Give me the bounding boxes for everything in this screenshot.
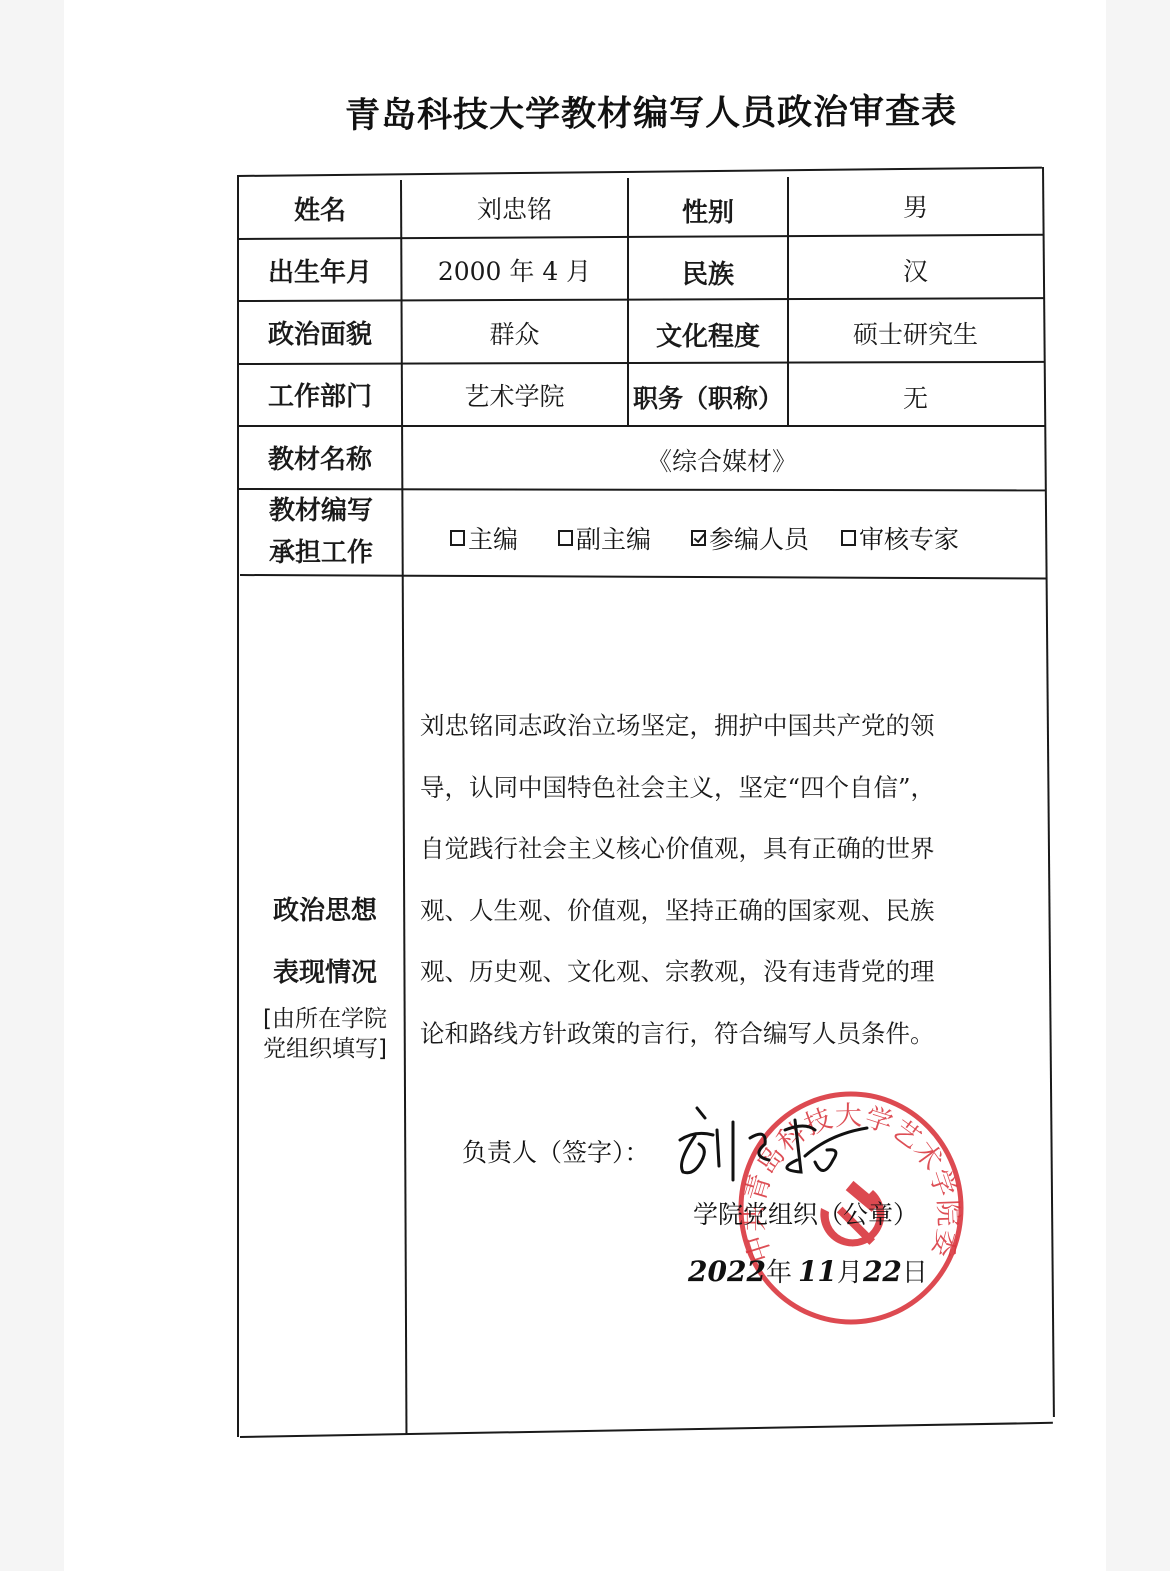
- position-label: 职务（职称）: [629, 366, 787, 427]
- gender-label: 性别: [629, 180, 787, 240]
- table-border-left: [237, 175, 239, 1437]
- handwritten-signature-icon: [655, 1100, 870, 1190]
- role-option-label: 审核专家: [859, 520, 959, 556]
- department-value: 艺术学院: [402, 364, 627, 425]
- date-day: 22: [863, 1255, 902, 1288]
- checkbox-icon[interactable]: [558, 530, 573, 546]
- political-status-value: 群众: [402, 302, 627, 363]
- role-option-label: 主编: [468, 520, 518, 556]
- gender-value: 男: [789, 176, 1042, 236]
- checkbox-icon[interactable]: [450, 530, 465, 546]
- checkbox-checked-icon[interactable]: [691, 530, 706, 546]
- date-year-unit: 年: [766, 1258, 792, 1288]
- political-assessment-text: 刘忠铭同志政治立场坚定，拥护中国共产党的领 导，认同中国特色社会主义，坚定“四个…: [420, 695, 990, 1064]
- assessment-line: 导，认同中国特色社会主义，坚定“四个自信”，: [420, 757, 990, 819]
- role-option-reviewer[interactable]: 审核专家: [841, 520, 959, 556]
- role-option-label: 副主编: [576, 520, 651, 556]
- department-label: 工作部门: [240, 364, 400, 425]
- textbook-name-value: 《综合媒材》: [402, 429, 1042, 490]
- name-value: 刘忠铭: [402, 178, 627, 238]
- textbook-name-label: 教材名称: [240, 427, 400, 488]
- education-value: 硕士研究生: [789, 302, 1042, 363]
- date-day-unit: 日: [902, 1258, 928, 1288]
- role-label-line1: 教材编写: [269, 490, 373, 532]
- ethnicity-value: 汉: [789, 240, 1042, 300]
- date-month-unit: 月: [837, 1258, 863, 1288]
- assessment-line: 观、历史观、文化观、宗教观，没有违背党的理: [420, 941, 990, 1003]
- ethnicity-label: 民族: [629, 242, 787, 302]
- political-label-line1: 政治思想: [242, 880, 408, 942]
- assessment-line: 论和路线方针政策的言行，符合编写人员条件。: [420, 1003, 990, 1065]
- date-month: 11: [798, 1255, 837, 1288]
- signed-date: 2022年11月22日: [688, 1252, 928, 1289]
- political-note-line2: 党组织填写]: [242, 1034, 408, 1064]
- position-value: 无: [789, 366, 1042, 427]
- assessment-line: 刘忠铭同志政治立场坚定，拥护中国共产党的领: [420, 695, 990, 757]
- role-option-chief-editor[interactable]: 主编: [450, 520, 518, 556]
- signer-label: 负责人（签字）：: [462, 1133, 650, 1169]
- date-year: 2022: [688, 1255, 766, 1288]
- political-assessment-label: 政治思想 表现情况 [由所在学院 党组织填写]: [242, 880, 408, 1064]
- political-label-line2: 表现情况: [242, 942, 408, 1004]
- seal-label: 学院党组织（公章）: [693, 1195, 918, 1231]
- assessment-line: 自觉践行社会主义核心价值观，具有正确的世界: [420, 818, 990, 880]
- role-option-contributor[interactable]: 参编人员: [691, 520, 809, 556]
- checkbox-icon[interactable]: [841, 530, 856, 546]
- document-title: 青岛科技大学教材编写人员政治审查表: [345, 84, 945, 138]
- role-option-label: 参编人员: [709, 520, 809, 556]
- assessment-line: 观、人生观、价值观，坚持正确的国家观、民族: [420, 880, 990, 942]
- role-option-deputy-editor[interactable]: 副主编: [558, 520, 651, 556]
- name-label: 姓名: [240, 178, 400, 238]
- political-note-line1: [由所在学院: [242, 1004, 408, 1034]
- role-label-line2: 承担工作: [269, 532, 373, 574]
- birth-date-value: 2000 年 4 月: [402, 240, 627, 300]
- education-label: 文化程度: [629, 304, 787, 365]
- political-status-label: 政治面貌: [240, 302, 400, 363]
- birth-date-label: 出生年月: [240, 240, 400, 300]
- role-options: 主编 副主编 参编人员 审核专家: [450, 516, 1010, 560]
- role-label: 教材编写 承担工作: [240, 490, 402, 574]
